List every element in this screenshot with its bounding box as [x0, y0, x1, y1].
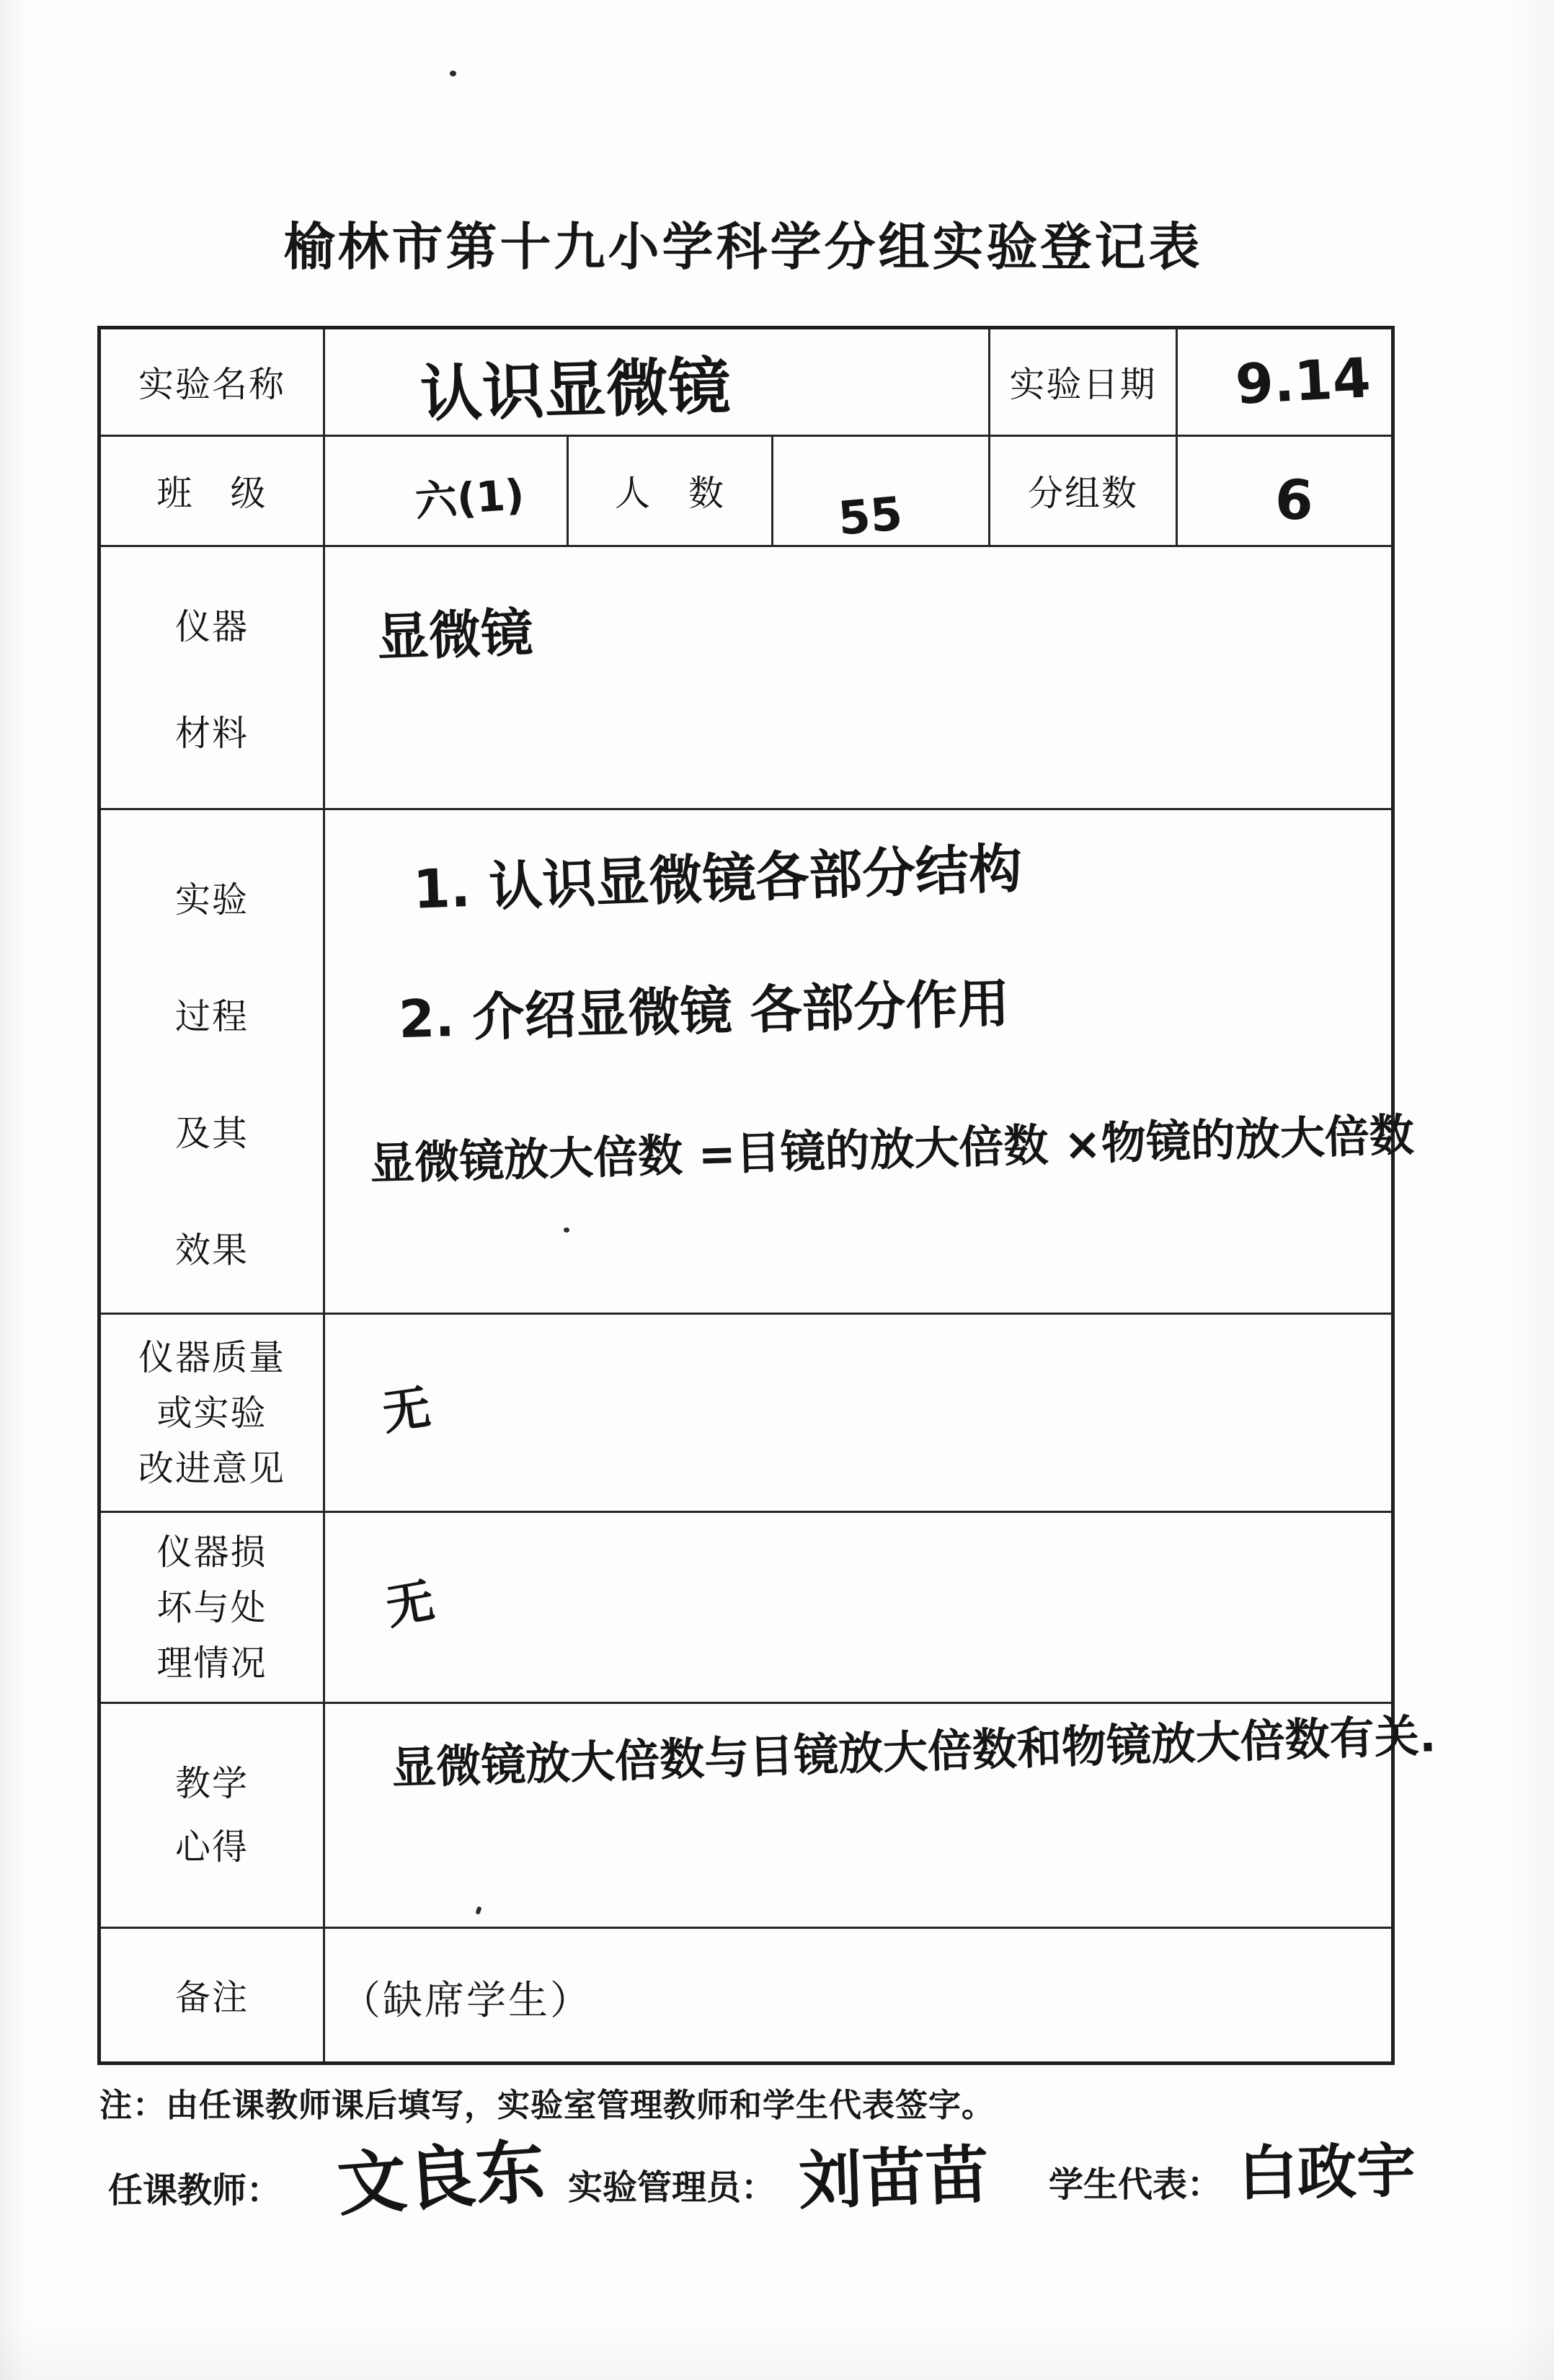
- reflection-cell: 显微镜放大倍数与目镜放大倍数和物镜放大倍数有关.: [324, 1703, 1393, 1928]
- improvement-label: 仪器质量 或实验 改进意见: [99, 1314, 324, 1512]
- materials-value: 显微镜: [376, 605, 534, 665]
- damage-cell: 无: [324, 1512, 1393, 1703]
- experiment-register-table: 实验名称 认识显微镜 实验日期 9.14 班 级 六(1) 人 数 55 分组数…: [97, 326, 1395, 2065]
- damage-label: 仪器损 坏与处 理情况: [99, 1512, 324, 1703]
- reflection-label: 教学 心得: [99, 1703, 324, 1928]
- student-rep-signature-label: 学生代表：: [1049, 2157, 1222, 2206]
- improvement-value: 无: [379, 1382, 433, 1439]
- student-count-value: 55: [836, 490, 905, 544]
- ink-dot: [564, 1227, 569, 1233]
- ink-dot: [450, 71, 456, 76]
- lab-manager-signature-name: 刘苗苗: [797, 2141, 990, 2215]
- damage-value: 无: [382, 1576, 438, 1633]
- experiment-date-label: 实验日期: [990, 328, 1177, 436]
- remarks-label: 备注: [99, 1928, 324, 2064]
- experiment-name-cell: 认识显微镜: [324, 328, 990, 436]
- remarks-cell: （缺席学生）: [324, 1928, 1393, 2064]
- group-count-cell: 6: [1177, 436, 1393, 546]
- process-line-2: 2. 介绍显微镜 各部分作用: [398, 977, 1010, 1047]
- process-line-1: 1. 认识显微镜各部分结构: [412, 841, 1024, 918]
- process-label: 实验 过程 及其 效果: [99, 809, 324, 1314]
- materials-label: 仪器 材料: [99, 546, 324, 809]
- teacher-signature-label: 任课教师：: [108, 2162, 281, 2212]
- materials-cell: 显微镜: [324, 546, 1393, 809]
- remarks-value: （缺席学生）: [341, 1968, 592, 2025]
- experiment-name-label: 实验名称: [99, 328, 324, 436]
- experiment-date-cell: 9.14: [1177, 328, 1393, 436]
- group-count-value: 6: [1274, 471, 1315, 530]
- reflection-value: 显微镜放大倍数与目镜放大倍数和物镜放大倍数有关.: [391, 1712, 1437, 1792]
- group-count-label: 分组数: [990, 436, 1177, 546]
- teacher-signature-name: 文良东: [335, 2135, 547, 2222]
- class-cell: 六(1): [324, 436, 568, 546]
- student-count-label: 人 数: [568, 436, 773, 546]
- process-line-3: 显微镜放大倍数 =目镜的放大倍数 ×物镜的放大倍数: [369, 1111, 1414, 1188]
- lab-manager-signature-label: 实验管理员：: [568, 2159, 776, 2209]
- class-label: 班 级: [99, 436, 324, 546]
- student-rep-signature-name: 白政宇: [1238, 2141, 1416, 2206]
- class-value: 六(1): [414, 473, 525, 524]
- footer-note: 注：由任课教师课后填写，实验室管理教师和学生代表签字。: [99, 2079, 995, 2126]
- experiment-name-value: 认识显微镜: [419, 354, 731, 427]
- improvement-cell: 无: [324, 1314, 1393, 1512]
- scanned-form-page: 榆林市第十九小学科学分组实验登记表 实验名称 认识显微镜 实验日期 9.14 班…: [0, 0, 1554, 2380]
- process-cell: 1. 认识显微镜各部分结构 2. 介绍显微镜 各部分作用 显微镜放大倍数 =目镜…: [324, 809, 1393, 1314]
- student-count-cell: 55: [773, 436, 990, 546]
- page-title: 榆林市第十九小学科学分组实验登记表: [0, 206, 1486, 280]
- experiment-date-value: 9.14: [1234, 349, 1372, 414]
